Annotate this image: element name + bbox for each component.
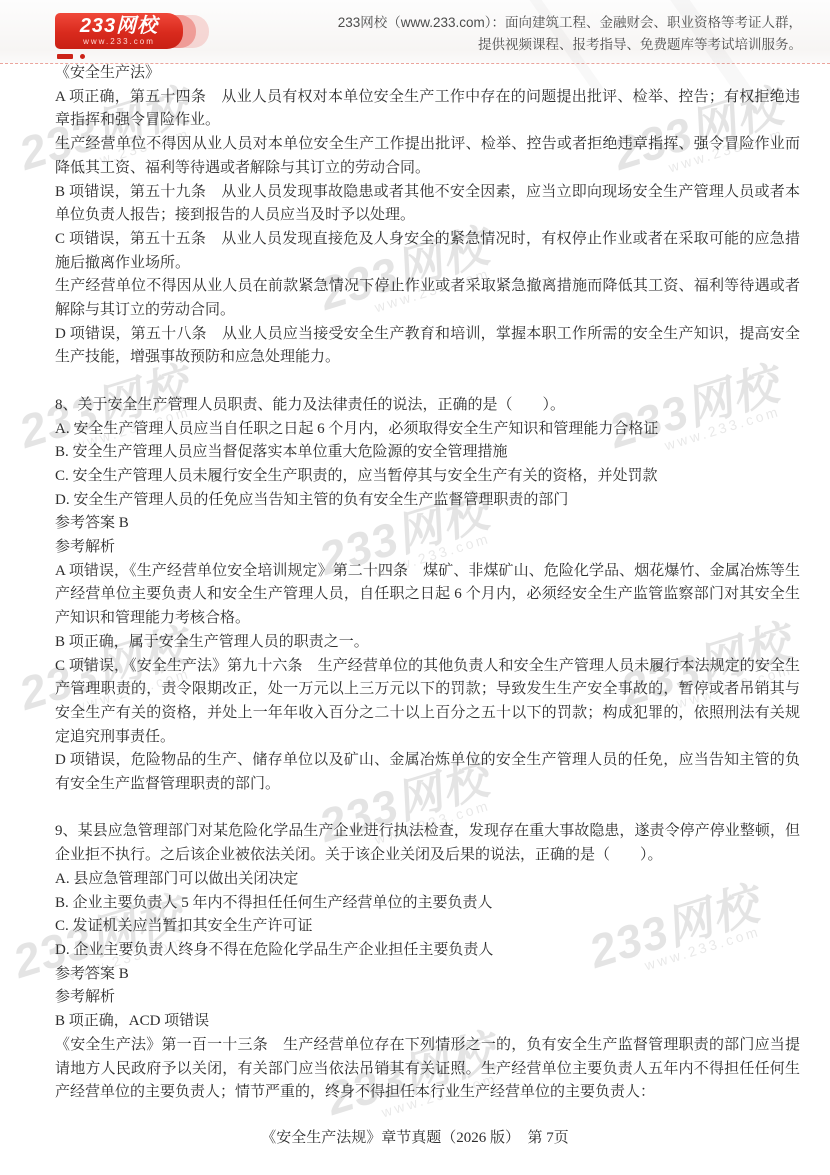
paragraph: B 项正确，ACD 项错误 (55, 1010, 800, 1034)
paragraph: 《安全生产法》第一百一十三条 生产经营单位存在下列情形之一的，负有安全生产监督管… (55, 1034, 800, 1105)
paragraph: C. 发证机关应当暂扣其安全生产许可证 (55, 915, 800, 939)
document-page: 233网校www.233.com 233网校www.233.com 233网校w… (0, 0, 830, 1175)
tagline-line1: 233网校（www.233.com）：面向建筑工程、金融财会、职业资格等考证人群… (338, 12, 802, 34)
paragraph: C. 安全生产管理人员未履行安全生产职责的，应当暂停其与安全生产有关的资格，并处… (55, 465, 800, 489)
logo-badge: 233网校 www.233.com (55, 13, 183, 49)
paragraph: 9、某县应急管理部门对某危险化学品生产企业进行执法检查，发现存在重大事故隐患，遂… (55, 820, 800, 867)
paragraph: 8、关于安全生产管理人员职责、能力及法律责任的说法，正确的是（ ）。 (55, 394, 800, 418)
paragraph: B. 企业主要负责人 5 年内不得担任任何生产经营单位的主要负责人 (55, 892, 800, 916)
paragraph: A. 安全生产管理人员应当自任职之日起 6 个月内，必须取得安全生产知识和管理能… (55, 418, 800, 442)
paragraph: D. 安全生产管理人员的任免应当告知主管的负有安全生产监督管理职责的部门 (55, 489, 800, 513)
paragraph: C 项错误，第五十五条 从业人员发现直接危及人身安全的紧急情况时，有权停止作业或… (55, 228, 800, 275)
paragraph: 生产经营单位不得因从业人员在前款紧急情况下停止作业或者采取紧急撤离措施而降低其工… (55, 275, 800, 322)
brand-logo: 233网校 www.233.com (55, 13, 245, 61)
paragraph: A. 县应急管理部门可以做出关闭决定 (55, 868, 800, 892)
paragraph: D 项错误，危险物品的生产、储存单位以及矿山、金属冶炼单位的安全生产管理人员的任… (55, 749, 800, 796)
paragraph: 参考答案 B (55, 963, 800, 987)
paragraph: A 项错误，《生产经营单位安全培训规定》第二十四条 煤矿、非煤矿山、危险化学品、… (55, 560, 800, 631)
paragraph: 参考解析 (55, 986, 800, 1010)
page-header: 233网校 www.233.com 233网校（www.233.com）：面向建… (0, 0, 830, 64)
paragraph: B 项错误，第五十九条 从业人员发现事故隐患或者其他不安全因素，应当立即向现场安… (55, 181, 800, 228)
logo-dash-mark (57, 54, 73, 59)
paragraph: B 项正确，属于安全生产管理人员的职责之一。 (55, 631, 800, 655)
paragraph: 《安全生产法》 (55, 62, 800, 86)
paragraph: 生产经营单位不得因从业人员对本单位安全生产工作提出批评、检举、控告或者拒绝违章指… (55, 133, 800, 180)
logo-brand-text: 233网校 (55, 15, 183, 37)
paragraph: D 项错误，第五十八条 从业人员应当接受安全生产教育和培训，掌握本职工作所需的安… (55, 323, 800, 370)
document-body: 《安全生产法》A 项正确，第五十四条 从业人员有权对本单位安全生产工作中存在的问… (55, 62, 800, 1105)
paragraph: 参考解析 (55, 536, 800, 560)
logo-dot-mark (80, 54, 85, 59)
header-tagline: 233网校（www.233.com）：面向建筑工程、金融财会、职业资格等考证人群… (338, 12, 802, 56)
blank-line (55, 797, 800, 821)
tagline-line2: 提供视频课程、报考指导、免费题库等考试培训服务。 (338, 34, 802, 56)
paragraph: B. 安全生产管理人员应当督促落实本单位重大危险源的安全管理措施 (55, 441, 800, 465)
paragraph: A 项正确，第五十四条 从业人员有权对本单位安全生产工作中存在的问题提出批评、检… (55, 86, 800, 133)
paragraph: 参考答案 B (55, 512, 800, 536)
paragraph: C 项错误，《安全生产法》第九十六条 生产经营单位的其他负责人和安全生产管理人员… (55, 655, 800, 750)
logo-url-text: www.233.com (55, 37, 183, 46)
blank-line (55, 370, 800, 394)
paragraph: D. 企业主要负责人终身不得在危险化学品生产企业担任主要负责人 (55, 939, 800, 963)
page-footer: 《安全生产法规》章节真题（2026 版） 第 7页 (0, 1126, 830, 1147)
